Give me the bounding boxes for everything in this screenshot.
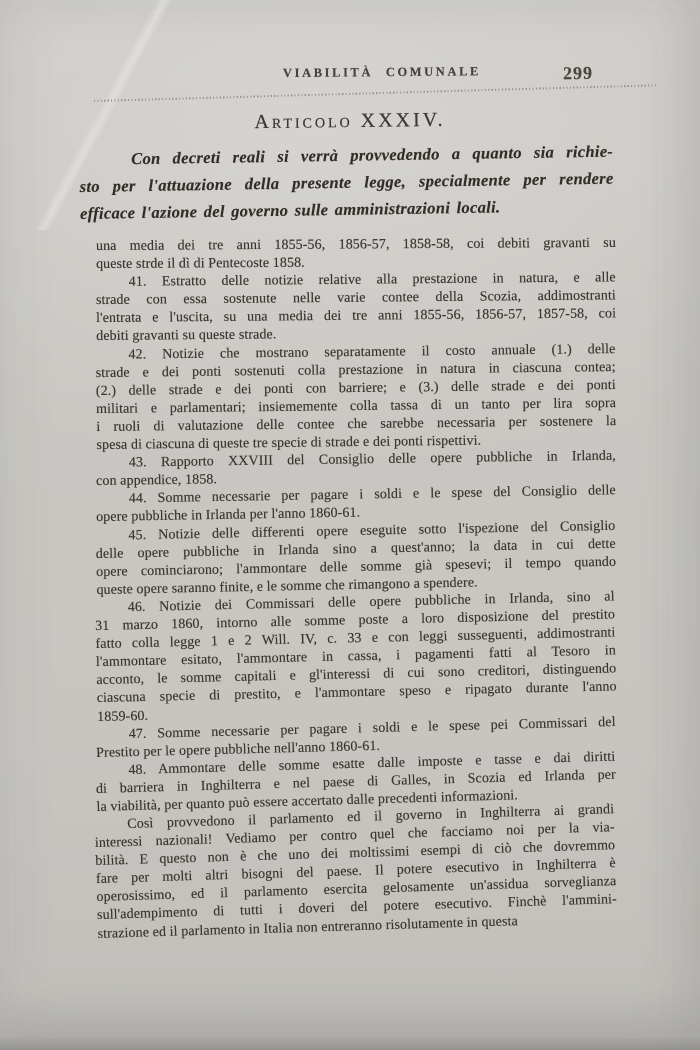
paragraph: 45. Notizie delle differenti opere esegu… xyxy=(95,517,616,600)
paragraph: 42. Notizie che mostrano separatamente i… xyxy=(95,341,616,456)
page-bottom-shadow xyxy=(0,1036,700,1050)
body-text: una media dei tre anni 1855-56, 1856-57,… xyxy=(96,238,616,944)
paragraph: una media dei tre anni 1855-56, 1856-57,… xyxy=(96,235,616,274)
paragraph: 46. Notizie dei Commissari delle opere p… xyxy=(95,588,618,726)
page-number: 299 xyxy=(563,63,593,85)
article-title: Articolo XXXIV. xyxy=(0,106,700,138)
dotted-rule xyxy=(94,84,656,102)
running-header: VIABILITÀ COMUNALE xyxy=(283,64,481,81)
paragraph: 41. Estratto delle notizie relative alla… xyxy=(96,270,617,347)
intro-paragraph: Con decreti reali si verrà provvedendo a… xyxy=(79,138,614,227)
text-line: una media dei tre anni 1855-56, 1856-57,… xyxy=(96,235,616,256)
paragraph: Così provvedono il parlamento ed il gove… xyxy=(94,801,618,943)
book-page-scan: VIABILITÀ COMUNALE 299 Articolo XXXIV. C… xyxy=(0,0,700,1050)
